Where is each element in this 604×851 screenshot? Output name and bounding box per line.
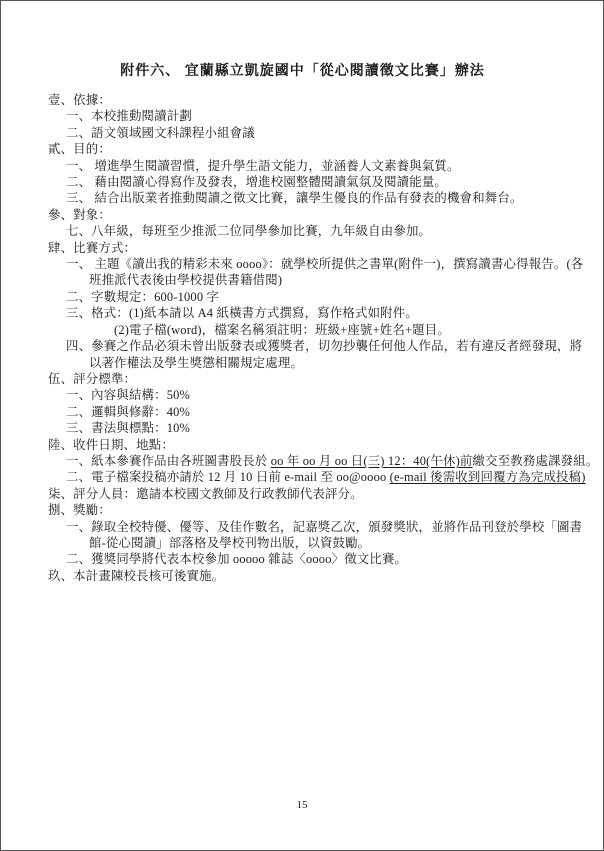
text-segment: 一、 增進學生閱讀習慣，提升學生語文能力，並涵養人文素養與氣質。 <box>66 159 460 173</box>
document-line: 柒、評分人員：邀請本校國文教師及行政教師代表評分。 <box>48 486 557 502</box>
document-line: 班推派代表後由學校提供書籍借閱) <box>48 272 557 288</box>
text-segment: 陸、收件日期、地點： <box>48 438 174 452</box>
text-segment: 二、邏輯與修辭：40% <box>66 405 190 419</box>
underlined-text: oo 年 oo 月 oo 日(三) 12：40(午休)前 <box>271 454 473 468</box>
text-segment: 以著作權法及學生獎懲相關規定處理。 <box>89 356 303 370</box>
document-line: 二、字數規定：600-1000 字 <box>48 289 557 305</box>
text-segment: 一、內容與結構：50% <box>66 388 190 402</box>
document-line: 壹、依據： <box>48 92 557 108</box>
document-line: 一、錄取全校特優、優等、及佳作數名，記嘉獎乙次，頒發獎狀，並將作品刊登於學校「圖… <box>48 519 557 535</box>
text-segment: 二、語文領域國文科課程小組會議 <box>66 126 255 140</box>
text-segment: 一、錄取全校特優、優等、及佳作數名，記嘉獎乙次，頒發獎狀，並將作品刊登於學校「圖… <box>66 520 582 534</box>
document-line: (2)電子檔(word)，檔案名稱須註明：班級+座號+姓名+題目。 <box>48 322 557 338</box>
document-line: 一、內容與結構：50% <box>48 387 557 403</box>
document-line: 肆、比賽方式： <box>48 240 557 256</box>
document-line: 二、電子檔案投稿亦請於 12 月 10 日前 e-mail 至 oo@oooo … <box>48 469 557 485</box>
document-page: 附件六、 宜蘭縣立凱旋國中「從心閱讀徵文比賽」辦法 壹、依據：一、本校推動閱讀計… <box>0 0 604 851</box>
text-segment: 二、 藉由閱讀心得寫作及發表，增進校園整體閱讀氣氛及閱讀能量。 <box>66 175 447 189</box>
text-segment: 玖、本計畫陳校長核可後實施。 <box>48 569 224 583</box>
document-line: 三、格式：(1)紙本請以 A4 紙橫書方式撰寫，寫作格式如附件。 <box>48 305 557 321</box>
text-segment: 二、獲獎同學將代表本校參加 ooooo 雜誌〈oooo〉徵文比賽。 <box>66 552 407 566</box>
text-segment: (2)電子檔(word)，檔案名稱須註明：班級+座號+姓名+題目。 <box>114 323 450 337</box>
document-line: 二、邏輯與修辭：40% <box>48 404 557 420</box>
document-line: 捌、獎勵： <box>48 502 557 518</box>
document-line: 貳、目的： <box>48 141 557 157</box>
text-segment: 四、參賽之作品必須未曾出版發表或獲獎者，切勿抄襲任何他人作品，若有違反者經發現，… <box>66 339 582 353</box>
text-segment: 三、書法與標點：10% <box>66 421 190 435</box>
text-segment: 二、字數規定：600-1000 字 <box>66 290 219 304</box>
text-segment: 柒、評分人員：邀請本校國文教師及行政教師代表評分。 <box>48 487 363 501</box>
document-line: 一、 增進學生閱讀習慣，提升學生語文能力，並涵養人文素養與氣質。 <box>48 158 557 174</box>
text-segment: 館-從心閱讀」部落格及學校刊物出版，以資鼓勵。 <box>89 536 370 550</box>
text-segment: 一、紙本參賽作品由各班圖書股長於 <box>66 454 271 468</box>
document-line: 參、對象： <box>48 207 557 223</box>
text-segment: 捌、獎勵： <box>48 503 111 517</box>
text-segment: 一、 主題《讀出我的精彩未來 oooo》：就學校所提供之書單(附件一)，撰寫讀書… <box>66 257 583 271</box>
text-segment: 七、八年級，每班至少推派二位同學參加比賽，九年級自由參加。 <box>66 224 431 238</box>
document-line: 三、書法與標點：10% <box>48 420 557 436</box>
document-line: 一、 主題《讀出我的精彩未來 oooo》：就學校所提供之書單(附件一)，撰寫讀書… <box>48 256 557 272</box>
document-line: 二、 藉由閱讀心得寫作及發表，增進校園整體閱讀氣氛及閱讀能量。 <box>48 174 557 190</box>
document-line: 二、獲獎同學將代表本校參加 ooooo 雜誌〈oooo〉徵文比賽。 <box>48 551 557 567</box>
page-number: 15 <box>1 799 603 811</box>
text-segment: 貳、目的： <box>48 142 111 156</box>
document-line: 七、八年級，每班至少推派二位同學參加比賽，九年級自由參加。 <box>48 223 557 239</box>
document-line: 二、語文領域國文科課程小組會議 <box>48 125 557 141</box>
text-segment: 伍、評分標準： <box>48 372 136 386</box>
text-segment: 壹、依據： <box>48 93 111 107</box>
document-line: 以著作權法及學生獎懲相關規定處理。 <box>48 355 557 371</box>
document-line: 三、 結合出版業者推動閱讀之徵文比賽，讓學生優良的作品有發表的機會和舞台。 <box>48 190 557 206</box>
document-body: 壹、依據：一、本校推動閱讀計劃二、語文領域國文科課程小組會議貳、目的：一、 增進… <box>48 92 557 584</box>
page-title: 附件六、 宜蘭縣立凱旋國中「從心閱讀徵文比賽」辦法 <box>48 62 557 82</box>
text-segment: 繳交至教務處課發組。 <box>473 454 599 468</box>
document-line: 一、紙本參賽作品由各班圖書股長於 oo 年 oo 月 oo 日(三) 12：40… <box>48 453 557 469</box>
document-line: 伍、評分標準： <box>48 371 557 387</box>
document-content: 附件六、 宜蘭縣立凱旋國中「從心閱讀徵文比賽」辦法 壹、依據：一、本校推動閱讀計… <box>1 1 603 584</box>
text-segment: 一、本校推動閱讀計劃 <box>66 109 192 123</box>
text-segment: 肆、比賽方式： <box>48 241 136 255</box>
text-segment: 三、 結合出版業者推動閱讀之徵文比賽，讓學生優良的作品有發表的機會和舞台。 <box>66 191 523 205</box>
text-segment: 班推派代表後由學校提供書籍借閱) <box>89 273 282 287</box>
document-line: 館-從心閱讀」部落格及學校刊物出版，以資鼓勵。 <box>48 535 557 551</box>
underlined-text: (e-mail 後需收到回覆方為完成投稿) <box>390 470 586 484</box>
text-segment: 二、電子檔案投稿亦請於 12 月 10 日前 e-mail 至 oo@oooo <box>66 470 390 484</box>
text-segment: 三、格式：(1)紙本請以 A4 紙橫書方式撰寫，寫作格式如附件。 <box>66 306 418 320</box>
text-segment: 參、對象： <box>48 208 111 222</box>
document-line: 一、本校推動閱讀計劃 <box>48 108 557 124</box>
document-line: 玖、本計畫陳校長核可後實施。 <box>48 568 557 584</box>
document-line: 四、參賽之作品必須未曾出版發表或獲獎者，切勿抄襲任何他人作品，若有違反者經發現，… <box>48 338 557 354</box>
document-line: 陸、收件日期、地點： <box>48 437 557 453</box>
